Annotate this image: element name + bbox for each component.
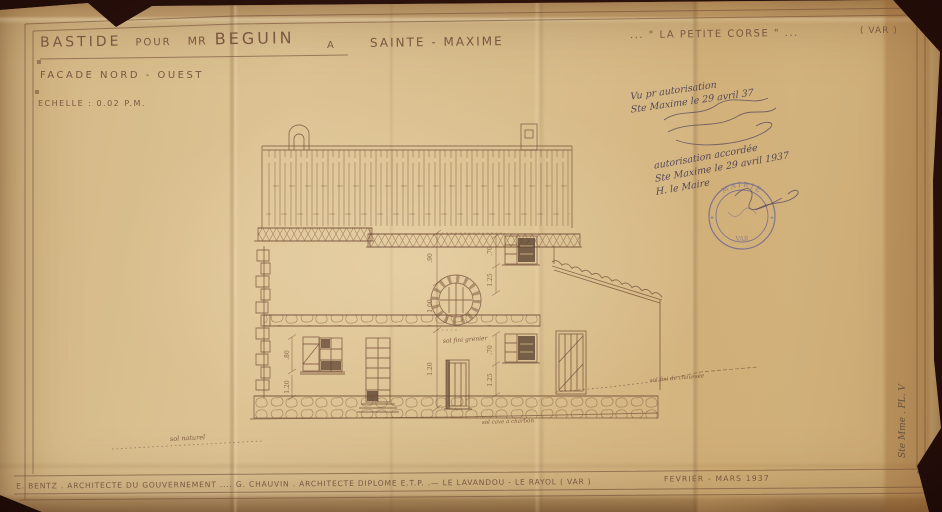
scale-label: ECHELLE : 0.02 P.M. (38, 99, 146, 108)
stamp-bottom-text: VAR (735, 236, 749, 243)
dimension-label: 1.25 (487, 373, 494, 387)
ground-window-right (502, 334, 540, 363)
annex-roof-tiles (552, 261, 662, 298)
title-owner-name: BEGUIN (215, 28, 295, 48)
attic-floor-label: sol fini grenier (443, 335, 489, 345)
plan-date: FEVRIER - MARS 1937 (664, 474, 770, 484)
square-mark (35, 90, 39, 94)
road-level-label: sol fini de chaussée (650, 372, 706, 384)
annex (552, 261, 662, 394)
dimension-label: 1.20 (427, 362, 434, 376)
title-department: ( VAR ) (860, 26, 898, 36)
dimension-label: 1.00 (427, 299, 434, 313)
roof-tiles (266, 150, 570, 226)
dimension-label: 1.20 (284, 380, 291, 394)
mairie-stamp: MAIRIE VAR ★ ★ (709, 181, 775, 249)
square-mark (37, 60, 41, 64)
dimension-label: .90 (427, 253, 434, 263)
stone-string-course (264, 315, 540, 326)
shutter-panel (518, 336, 535, 360)
title-block: BASTIDE POUR MR BEGUIN (40, 28, 295, 51)
title-house-name: ... " LA PETITE CORSE " ... (630, 28, 799, 41)
title-a: A (327, 40, 334, 51)
genoise-frieze-left (258, 228, 372, 241)
title-pour: POUR (135, 37, 171, 49)
dimension-label: 1.25 (487, 273, 494, 287)
title-commune: SAINTE - MAXIME (370, 34, 504, 50)
facade-label: FACADE NORD - OUEST (40, 70, 204, 81)
plate-number-note: Ste Mme . PL. V (898, 348, 908, 458)
stone-base (250, 396, 658, 419)
dimension-label: .70 (487, 345, 494, 355)
dimension-label: .80 (284, 350, 291, 360)
sheet-frame (14, 8, 935, 500)
ground-window-left (300, 337, 345, 374)
stamp-star-left: ★ (710, 215, 715, 221)
dimension-label: .70 (487, 246, 494, 256)
plan-sheet: .90 1.00 1.20 .70 1.25 .70 1.25 1.20 .80… (0, 0, 942, 512)
roof (254, 146, 582, 247)
ground-level-label: sol naturel (170, 433, 206, 443)
shutter-panel (518, 238, 535, 262)
title-project: BASTIDE (40, 34, 122, 51)
facade-wall (256, 246, 554, 398)
title-owner-prefix: MR (187, 34, 206, 47)
corner-mark: 8 (917, 464, 924, 477)
cellar-floor-label: sol cave à charbon (482, 417, 535, 426)
genoise-frieze-right (368, 234, 580, 247)
photo-background: .90 1.00 1.20 .70 1.25 .70 1.25 1.20 .80… (0, 0, 942, 512)
